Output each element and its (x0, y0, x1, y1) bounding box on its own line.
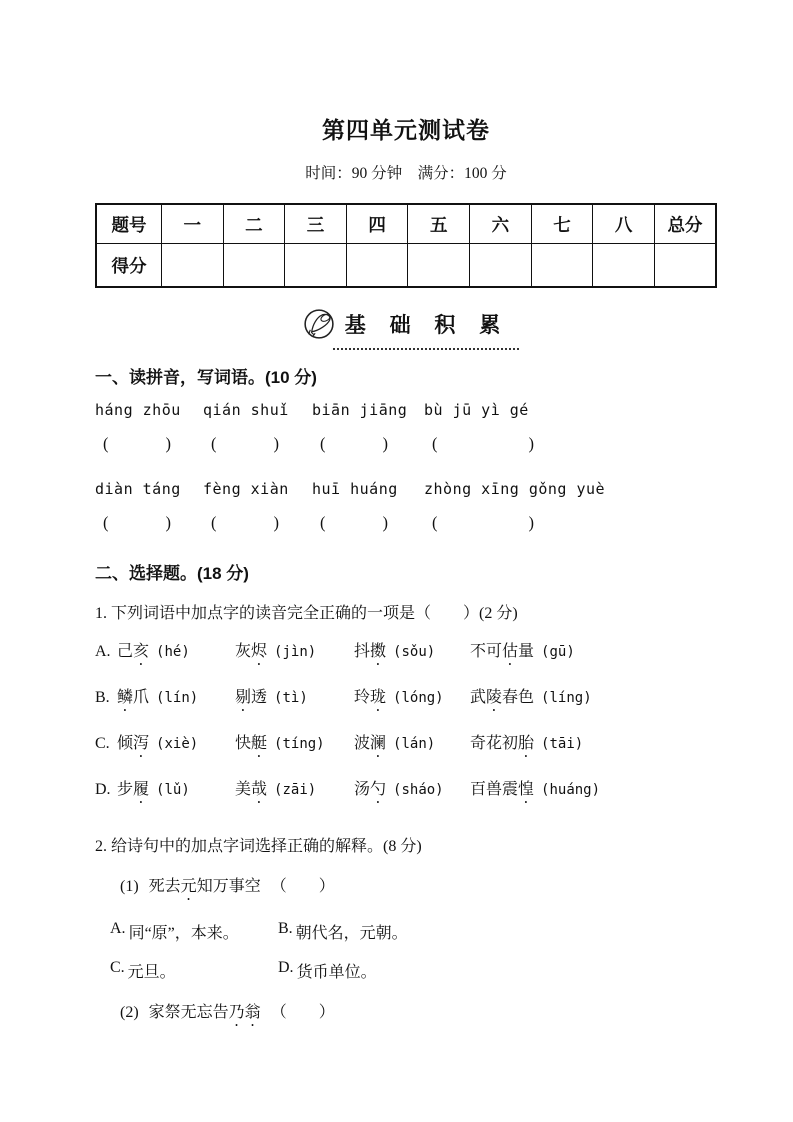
paren-open: ( (211, 434, 217, 454)
paren-close: ) (274, 434, 280, 454)
word-pinyin: (xiè) (156, 736, 198, 752)
q2-option-row-ab: A.同“原”，本来。 B.朝代名，元朝。 (110, 920, 717, 943)
word-item: 波澜(lán) (354, 730, 470, 761)
score-table-header-cell: 六 (470, 204, 532, 244)
answer-paren-row-2: () () () () (95, 513, 717, 533)
verse-pre: 家祭无忘告 (149, 1004, 229, 1021)
word-dotted-char: 烬 (251, 643, 267, 660)
question-1-text: 1. 下列词语中加点字的读音完全正确的一项是（ ）(2 分) (95, 600, 717, 623)
score-blank-cell (531, 244, 593, 288)
answer-blank: () (95, 434, 203, 454)
word-dotted-char: 艇 (251, 735, 267, 752)
word-item: 玲珑(lóng) (354, 684, 470, 715)
word-pinyin: (lǔ) (156, 782, 190, 798)
paren-close: ) (274, 513, 280, 533)
word-item: 快艇(tíng) (235, 730, 354, 761)
word-dotted-char: 哉 (251, 781, 267, 798)
word-pre: 灰 (235, 643, 251, 660)
word-post: 量 (518, 643, 534, 660)
word-item: 灰烬(jìn) (235, 638, 354, 669)
score-table-header-cell: 三 (285, 204, 347, 244)
score-table-header-cell: 五 (408, 204, 470, 244)
score-table-header-cell: 总分 (654, 204, 716, 244)
pinyin-word: biān jiāng (312, 401, 424, 419)
answer-blank: () (424, 513, 717, 533)
pinyin-word: diàn táng (95, 480, 203, 498)
word-pre: 百兽震 (470, 781, 518, 798)
word-pre: 玲 (354, 689, 370, 706)
word-dotted-char: 鳞 (117, 689, 133, 706)
word-dotted-char: 亥 (133, 643, 149, 660)
word-pre: 波 (354, 735, 370, 752)
option-label: C. (110, 959, 125, 982)
q2-sub1-line: (1)死去元知万事空（ ） (120, 873, 717, 904)
word-item: 己亥(hé) (117, 638, 235, 669)
paren-open: ( (320, 434, 326, 454)
word-pinyin: (sháo) (393, 782, 444, 798)
paren-close: ) (383, 513, 389, 533)
pinyin-row-1: háng zhōuqián shuǐbiān jiāngbù jū yì gé (95, 401, 717, 419)
score-table-header-cell: 一 (162, 204, 224, 244)
word-item: 奇花初胎(tāi) (470, 730, 717, 761)
word-pre: 步 (117, 781, 133, 798)
q1-option-row-c: C. 倾泻(xiè)快艇(tíng)波澜(lán)奇花初胎(tāi) (95, 730, 717, 761)
option-label: C. (95, 735, 117, 753)
part1-heading: 一、读拼音，写词语。(10 分) (95, 363, 717, 388)
word-pinyin: (zāi) (274, 782, 316, 798)
answer-blank: () (312, 513, 424, 533)
word-item: 抖擞(sǒu) (354, 638, 470, 669)
option-label: A. (110, 920, 126, 943)
section-banner-wrap: 基 础 积 累 (95, 308, 717, 350)
score-blank-cell (593, 244, 655, 288)
pinyin-word: bù jū yì gé (424, 401, 717, 419)
pinyin-row-2: diàn tángfèng xiànhuī huángzhòng xīng gǒ… (95, 480, 717, 498)
score-blank-cell (162, 244, 224, 288)
score-table-header-cell: 四 (346, 204, 408, 244)
option-text: 同“原”，本来。 (129, 920, 239, 943)
word-item: 武陵春色(líng) (470, 684, 717, 715)
section-banner: 基 础 积 累 (303, 308, 510, 350)
q2-option-b: B.朝代名，元朝。 (278, 920, 408, 943)
paren-close: ) (529, 513, 535, 533)
q1-option-row-d: D. 步履(lǔ)美哉(zāi)汤勺(sháo)百兽震惶(huáng) (95, 776, 717, 807)
word-pre: 奇花初 (470, 735, 518, 752)
paren-close: ) (383, 434, 389, 454)
dotted-underline (333, 348, 520, 350)
exam-meta: 时间：90 分钟 满分：100 分 (95, 161, 717, 183)
option-label: D. (95, 781, 117, 799)
score-blank-cell (223, 244, 285, 288)
verse-dotted-char: 乃翁 (229, 1004, 261, 1021)
paren-open: ( (432, 434, 438, 454)
part2-heading: 二、选择题。(18 分) (95, 559, 717, 584)
score-table-header-cell: 二 (223, 204, 285, 244)
word-pinyin: (tāi) (541, 736, 583, 752)
answer-blank: () (312, 434, 424, 454)
word-dotted-char: 惶 (518, 781, 534, 798)
sub-question-label: (1) (120, 878, 139, 895)
word-dotted-char: 澜 (370, 735, 386, 752)
word-item: 倾泻(xiè) (117, 730, 235, 761)
word-item: 步履(lǔ) (117, 776, 235, 807)
paren-open: ( (103, 434, 109, 454)
score-table-header-cell: 八 (593, 204, 655, 244)
q2-option-d: D.货币单位。 (278, 959, 377, 982)
word-item: 百兽震惶(huáng) (470, 776, 717, 807)
word-pinyin: (hé) (156, 644, 190, 660)
q2-option-row-cd: C.元旦。 D.货币单位。 (110, 959, 717, 982)
word-pre: 倾 (117, 735, 133, 752)
q2-option-a: A.同“原”，本来。 (110, 920, 278, 943)
word-pinyin: (tì) (274, 690, 308, 706)
option-label: B. (95, 689, 117, 707)
word-pre: 汤 (354, 781, 370, 798)
paren-close: ) (166, 434, 172, 454)
paren-open: ( (320, 513, 326, 533)
pinyin-word: háng zhōu (95, 401, 203, 419)
word-pre: 抖 (354, 643, 370, 660)
word-pinyin: (lóng) (393, 690, 444, 706)
section-banner-title: 基 础 积 累 (345, 309, 510, 339)
word-item: 鳞爪(lín) (117, 684, 235, 715)
score-blank-cell (408, 244, 470, 288)
word-pinyin: (sǒu) (393, 644, 435, 660)
answer-blank: () (95, 513, 203, 533)
verse-post: 知万事空 (197, 878, 261, 895)
word-dotted-char: 陵 (486, 689, 502, 706)
word-item: 不可估量(gū) (470, 638, 717, 669)
option-text: 元旦。 (128, 959, 176, 982)
word-post: 爪 (133, 689, 149, 706)
word-pinyin: (lán) (393, 736, 435, 752)
word-pinyin: (tíng) (274, 736, 325, 752)
paren-open: ( (432, 513, 438, 533)
score-table-header-cell: 题号 (96, 204, 162, 244)
word-pre: 快 (235, 735, 251, 752)
page-title: 第四单元测试卷 (95, 112, 717, 145)
word-pre: 不可 (470, 643, 502, 660)
score-blank-cell (470, 244, 532, 288)
question-2-text: 2. 给诗句中的加点字词选择正确的解释。(8 分) (95, 833, 717, 856)
paren-close: ) (529, 434, 535, 454)
score-blank-cell (654, 244, 716, 288)
word-dotted-char: 估 (502, 643, 518, 660)
score-blank-cell (346, 244, 408, 288)
answer-blank: （ ） (271, 1004, 335, 1021)
pinyin-word: fèng xiàn (203, 480, 312, 498)
q1-option-row-a: A. 己亥(hé)灰烬(jìn)抖擞(sǒu)不可估量(gū) (95, 638, 717, 669)
answer-paren-row-1: () () () () (95, 434, 717, 454)
word-pinyin: (huáng) (541, 782, 600, 798)
pinyin-word: zhòng xīng gǒng yuè (424, 480, 717, 498)
option-label: A. (95, 643, 117, 661)
word-pre: 己 (117, 643, 133, 660)
word-post: 春色 (502, 689, 534, 706)
score-label-cell: 得分 (96, 244, 162, 288)
q1-option-row-b: B. 鳞爪(lín)剔透(tì)玲珑(lóng)武陵春色(líng) (95, 684, 717, 715)
paren-open: ( (211, 513, 217, 533)
word-dotted-char: 勺 (370, 781, 386, 798)
word-dotted-char: 擞 (370, 643, 386, 660)
word-pinyin: (gū) (541, 644, 575, 660)
score-table: 题号一二三四五六七八总分 得分 (95, 203, 717, 288)
score-table-header-cell: 七 (531, 204, 593, 244)
option-text: 朝代名，元朝。 (296, 920, 408, 943)
word-item: 剔透(tì) (235, 684, 354, 715)
score-table-header-row: 题号一二三四五六七八总分 (96, 204, 716, 244)
test-paper-page: 第四单元测试卷 时间：90 分钟 满分：100 分 题号一二三四五六七八总分 得… (0, 0, 793, 1122)
sub-question-label: (2) (120, 1004, 139, 1021)
word-pre: 美 (235, 781, 251, 798)
word-pinyin: (líng) (541, 690, 592, 706)
word-dotted-char: 胎 (518, 735, 534, 752)
verse-dotted-char: 元 (181, 878, 197, 895)
word-dotted-char: 珑 (370, 689, 386, 706)
verse-pre: 死去 (149, 878, 181, 895)
word-dotted-char: 履 (133, 781, 149, 798)
q2-sub2-line: (2)家祭无忘告乃翁（ ） (120, 999, 717, 1030)
option-label: D. (278, 959, 294, 982)
word-item: 美哉(zāi) (235, 776, 354, 807)
paren-open: ( (103, 513, 109, 533)
option-label: B. (278, 920, 293, 943)
word-dotted-char: 剔 (235, 689, 251, 706)
pinyin-word: huī huáng (312, 480, 424, 498)
flower-circle-icon (303, 308, 336, 340)
q2-option-c: C.元旦。 (110, 959, 278, 982)
answer-blank: () (203, 434, 312, 454)
word-item: 汤勺(sháo) (354, 776, 470, 807)
pinyin-word: qián shuǐ (203, 401, 312, 419)
answer-blank: () (203, 513, 312, 533)
paren-close: ) (166, 513, 172, 533)
answer-blank: () (424, 434, 717, 454)
word-pinyin: (jìn) (274, 644, 316, 660)
score-table-score-row: 得分 (96, 244, 716, 288)
word-pinyin: (lín) (156, 690, 198, 706)
score-blank-cell (285, 244, 347, 288)
word-pre: 武 (470, 689, 486, 706)
answer-blank: （ ） (271, 878, 335, 895)
word-post: 透 (251, 689, 267, 706)
word-dotted-char: 泻 (133, 735, 149, 752)
option-text: 货币单位。 (297, 959, 377, 982)
